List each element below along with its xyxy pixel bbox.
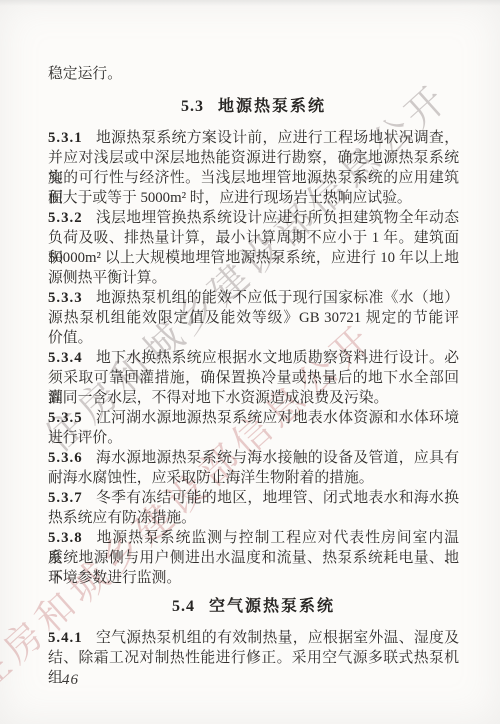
clause-number: 5.3.5 <box>48 410 83 426</box>
clause-line: 源热泵机组能效限定值及能效等级》GB 30721 规定的节能评 <box>48 308 459 328</box>
clause-text: 地源热泵系统方案设计前，应进行工程场地状况调查， <box>96 130 459 146</box>
clause-line: 源侧热平衡计算。 <box>48 268 459 288</box>
clause-number: 5.3.7 <box>48 490 83 506</box>
clause-number: 5.3.8 <box>48 530 83 546</box>
clause-line: 50000m² 以上大规模地埋管地源热泵系统，应进行 10 年以上地 <box>48 248 459 268</box>
section-number: 5.3 <box>181 98 204 115</box>
clause-number: 5.3.3 <box>48 290 83 306</box>
clause-line: 热系统应有防冻措施。 <box>48 508 459 528</box>
clause-text: 空气源热泵机组的有效制热量，应根据室外温、湿度及 <box>96 630 459 646</box>
clause-5-3-2: 5.3.2浅层地埋管换热系统设计应进行所负担建筑物全年动态 <box>48 208 459 228</box>
clause-5-4-1: 5.4.1空气源热泵机组的有效制热量，应根据室外温、湿度及 <box>48 628 459 648</box>
clause-line: 结、除霜工况对制热性能进行修正。采用空气源多联式热泵机组 <box>48 648 459 668</box>
clause-text: 江河湖水源地源热泵系统应对地表水体资源和水体环境 <box>96 410 459 426</box>
clause-line: 价值。 <box>48 328 459 348</box>
clause-line: 耐海水腐蚀性，应采取防止海洋生物附着的措施。 <box>48 468 459 488</box>
clause-number: 5.3.6 <box>48 450 83 466</box>
clause-line: 并应对浅层或中深层地热能资源进行勘察，确定地源热泵系统实 <box>48 148 459 168</box>
clause-number: 5.3.4 <box>48 350 83 366</box>
clause-5-3-4: 5.3.4地下水换热系统应根据水文地质勘察资料进行设计。必 <box>48 348 459 368</box>
clause-text: 地下水换热系统应根据水文地质勘察资料进行设计。必 <box>96 350 459 366</box>
clause-number: 5.3.2 <box>48 210 83 226</box>
clause-line: 积大于或等于 5000m² 时，应进行现场岩土热响应试验。 <box>48 188 459 208</box>
clause-line: 施的可行性与经济性。当浅层地埋管地源热泵系统的应用建筑面 <box>48 168 459 188</box>
clause-text: 地源热泵机组的能效不应低于现行国家标准《水（地） <box>96 290 459 306</box>
clause-line: 须采取可靠回灌措施，确保置换冷量或热量后的地下水全部回灌 <box>48 368 459 388</box>
section-title: 地源热泵系统 <box>218 98 326 115</box>
clause-5-3-3: 5.3.3地源热泵机组的能效不应低于现行国家标准《水（地） <box>48 288 459 308</box>
paragraph-continuation-line: 稳定运行。 <box>48 64 459 84</box>
scanned-document-page: 住房和城乡建设部信息公开 住房和城乡建设部信息公开 稳定运行。 5.3地源热泵系… <box>0 0 500 724</box>
clause-number: 5.4.1 <box>48 630 83 646</box>
clause-5-3-6: 5.3.6海水源地源热泵系统与海水接触的设备及管道，应具有 <box>48 448 459 468</box>
clause-5-3-7: 5.3.7冬季有冻结可能的地区，地埋管、闭式地表水和海水换 <box>48 488 459 508</box>
clause-line: 到同一含水层，不得对地下水资源造成浪费及污染。 <box>48 388 459 408</box>
clause-line: 系统地源侧与用户侧进出水温度和流量、热泵系统耗电量、地下 <box>48 548 459 568</box>
clause-line: 负荷及吸、排热量计算，最小计算周期不应小于 1 年。建筑面积 <box>48 228 459 248</box>
clause-text: 浅层地埋管换热系统设计应进行所负担建筑物全年动态 <box>96 210 459 226</box>
section-heading-5-3: 5.3地源热泵系统 <box>48 96 459 118</box>
clause-line: 进行评价。 <box>48 428 459 448</box>
clause-5-3-5: 5.3.5江河湖水源地源热泵系统应对地表水体资源和水体环境 <box>48 408 459 428</box>
clause-5-3-1: 5.3.1地源热泵系统方案设计前，应进行工程场地状况调查， <box>48 128 459 148</box>
section-heading-5-4: 5.4空气源热泵系统 <box>48 596 459 618</box>
clause-number: 5.3.1 <box>48 130 83 146</box>
clause-text: 海水源地源热泵系统与海水接触的设备及管道，应具有 <box>96 450 459 466</box>
section-number: 5.4 <box>172 598 195 615</box>
page-number: 46 <box>62 672 79 689</box>
page-content: 稳定运行。 5.3地源热泵系统 5.3.1地源热泵系统方案设计前，应进行工程场地… <box>48 64 459 668</box>
clause-5-3-8: 5.3.8地源热泵系统监测与控制工程应对代表性房间室内温度、 <box>48 528 459 548</box>
section-title: 空气源热泵系统 <box>209 598 335 615</box>
clause-text: 冬季有冻结可能的地区，地埋管、闭式地表水和海水换 <box>96 490 459 506</box>
clause-line: 环境参数进行监测。 <box>48 568 459 588</box>
